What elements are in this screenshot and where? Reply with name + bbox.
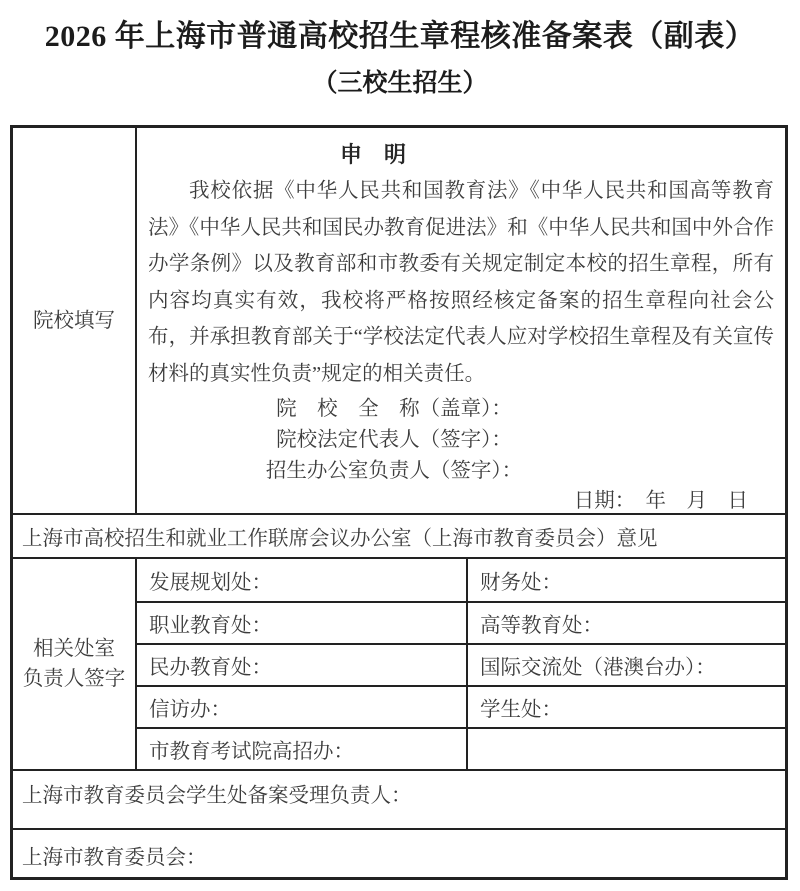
- joint-office-opinion-row: 上海市高校招生和就业工作联席会议办公室（上海市教育委员会）意见: [13, 513, 785, 557]
- statement-heading: 申 明: [148, 138, 598, 169]
- signature-line-admissions-office-head: 招生办公室负责人（签字）：: [148, 456, 640, 487]
- cell-vocational-education: 职业教育处：: [137, 601, 468, 643]
- statement-cell: 申 明 我校依据《中华人民共和国教育法》《中华人民共和国高等教育法》《中华人民共…: [137, 128, 785, 513]
- row-header-departments: 相关处室 负责人签字: [13, 559, 137, 769]
- joint-office-opinion-label: 上海市高校招生和就业工作联席会议办公室（上海市教育委员会）意见: [22, 521, 658, 551]
- cell-exam-authority: 市教育考试院高招办：: [137, 727, 468, 769]
- cell-higher-education: 高等教育处：: [468, 601, 785, 643]
- cell-student-affairs: 学生处：: [468, 685, 785, 727]
- document-page: 2026 年上海市普通高校招生章程核准备案表（副表） （三校生招生） 院校填写 …: [0, 0, 800, 891]
- departments-grid: 发展规划处： 财务处： 职业教育处： 高等教育处： 民办教育处： 国际交流处（港…: [137, 559, 785, 769]
- signature-line-legal-representative: 院校法定代表人（签字）：: [148, 425, 640, 456]
- row-header-departments-line2: 负责人签字: [23, 664, 126, 694]
- cell-finance: 财务处：: [468, 559, 785, 601]
- cell-petition-office: 信访办：: [137, 685, 468, 727]
- page-title: 2026 年上海市普通高校招生章程核准备案表（副表）: [0, 0, 800, 55]
- statement-body: 我校依据《中华人民共和国教育法》《中华人民共和国高等教育法》《中华人民共和国民办…: [148, 173, 774, 392]
- filing-form-table: 院校填写 申 明 我校依据《中华人民共和国教育法》《中华人民共和国高等教育法》《…: [10, 125, 788, 880]
- cell-empty: [468, 727, 785, 769]
- committee-label: 上海市教育委员会：: [22, 847, 207, 869]
- date-line: 日期： 年 月 日: [148, 487, 774, 513]
- student-office-label: 上海市教育委员会学生处备案受理负责人：: [22, 785, 412, 807]
- cell-development-planning: 发展规划处：: [137, 559, 468, 601]
- page-subtitle: （三校生招生）: [0, 55, 800, 99]
- row-header-school-fill: 院校填写: [13, 128, 137, 513]
- school-section-row: 院校填写 申 明 我校依据《中华人民共和国教育法》《中华人民共和国高等教育法》《…: [13, 128, 785, 513]
- committee-row: 上海市教育委员会：: [13, 828, 785, 877]
- row-header-departments-line1: 相关处室: [33, 634, 115, 664]
- signature-block: 院 校 全 称（盖章）： 院校法定代表人（签字）： 招生办公室负责人（签字）：: [148, 394, 640, 487]
- student-office-row: 上海市教育委员会学生处备案受理负责人：: [13, 769, 785, 828]
- cell-private-education: 民办教育处：: [137, 643, 468, 685]
- cell-international-exchange: 国际交流处（港澳台办）：: [468, 643, 785, 685]
- signature-line-school-name: 院 校 全 称（盖章）：: [148, 394, 640, 425]
- departments-section-row: 相关处室 负责人签字 发展规划处： 财务处： 职业教育处： 高等教育处： 民办教…: [13, 557, 785, 769]
